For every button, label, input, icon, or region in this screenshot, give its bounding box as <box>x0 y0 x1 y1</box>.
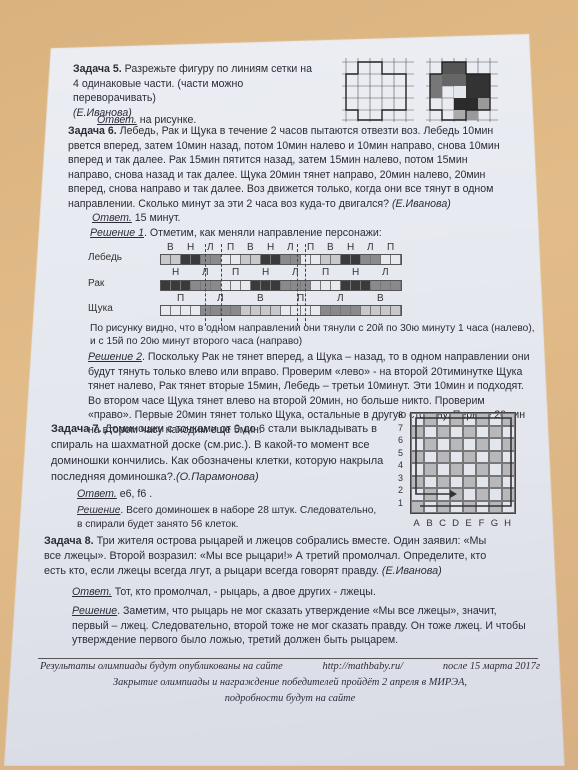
timeline-cell <box>231 281 241 290</box>
timeline-cell <box>241 306 251 315</box>
timeline-cell <box>271 255 281 264</box>
footer-line2: Закрытие олимпиады и награждение победит… <box>40 677 540 688</box>
timeline-cell <box>391 281 401 290</box>
task5-title: Задача 5. <box>73 63 122 75</box>
timeline-cell <box>211 281 221 290</box>
direction-letter: Л <box>207 242 214 253</box>
board-row-label: 6 <box>398 435 403 445</box>
timeline-cell <box>371 306 381 315</box>
timeline-row <box>160 305 402 316</box>
timeline-cell <box>191 306 201 315</box>
timeline-row <box>160 254 402 265</box>
timeline-cell <box>351 255 361 264</box>
task8-answer: Ответ. Тот, кто промолчал, - рыцарь, а д… <box>72 585 376 600</box>
task6-statement: Задача 6. Лебедь, Рак и Щука в течение 2… <box>68 124 542 212</box>
direction-letter: Л <box>337 293 344 304</box>
timeline-cell <box>291 306 301 315</box>
timeline-cell <box>331 306 341 315</box>
board-col-label: F <box>475 518 488 529</box>
timeline-cell <box>261 255 271 264</box>
task7-title: Задача 7. <box>51 423 102 435</box>
board-row-label: 4 <box>398 460 403 470</box>
timeline-cell <box>191 281 201 290</box>
board-col-label: D <box>449 518 462 529</box>
timeline-cell <box>201 255 211 264</box>
timeline-cell <box>221 255 231 264</box>
board-row-label: 3 <box>398 473 403 483</box>
timeline-cell <box>221 281 231 290</box>
timeline-cell <box>281 281 291 290</box>
task5-figures <box>338 52 548 124</box>
direction-letter: Н <box>187 242 194 253</box>
direction-timeline: Лебедь Рак Щука ВНЛПВНЛПВНЛПНЛПНЛПНЛПЛВП… <box>88 240 388 320</box>
direction-letter: Л <box>287 242 294 253</box>
task6-solution1-conclusion: По рисунку видно, что в одном направлени… <box>90 322 535 349</box>
timeline-row <box>160 280 402 291</box>
task6-title: Задача 6. <box>68 125 117 137</box>
timeline-cell <box>181 306 191 315</box>
timeline-cell <box>231 306 241 315</box>
timeline-cell <box>251 306 261 315</box>
timeline-cell <box>171 306 181 315</box>
task5-statement: Задача 5. Разрежьте фигуру по линиям сет… <box>73 62 328 120</box>
timeline-label-pike: Щука <box>88 303 113 314</box>
timeline-cell <box>311 281 321 290</box>
timeline-marker <box>305 244 306 326</box>
timeline-cell <box>381 255 391 264</box>
board-col-label: H <box>501 518 514 529</box>
timeline-cell <box>371 255 381 264</box>
direction-letter: Л <box>382 267 389 278</box>
timeline-cell <box>341 281 351 290</box>
task7-answer: Ответ. е6, f6 . <box>77 487 152 502</box>
direction-letter: П <box>307 242 314 253</box>
timeline-cell <box>361 281 371 290</box>
timeline-marker <box>205 244 206 326</box>
timeline-cell <box>381 281 391 290</box>
board-col-label: B <box>423 518 436 529</box>
timeline-cell <box>391 306 401 315</box>
direction-letter: Л <box>367 242 374 253</box>
timeline-cell <box>261 281 271 290</box>
direction-letter: П <box>387 242 394 253</box>
timeline-cell <box>161 255 171 264</box>
task6-solution1-intro: Решение 1. Отметим, как меняли направлен… <box>90 226 382 241</box>
direction-letter: В <box>247 242 254 253</box>
direction-letter: В <box>327 242 334 253</box>
timeline-cell <box>331 255 341 264</box>
direction-letter: Н <box>172 267 179 278</box>
timeline-cell <box>301 306 311 315</box>
timeline-cell <box>361 306 371 315</box>
task7-statement: Задача 7. Доминошки с точками от 0 до 6 … <box>51 421 391 485</box>
timeline-cell <box>291 255 301 264</box>
board-row-label: 7 <box>398 423 403 433</box>
direction-letter: П <box>232 267 239 278</box>
board-row-label: 8 <box>398 410 403 420</box>
timeline-cell <box>191 255 201 264</box>
timeline-cell <box>201 281 211 290</box>
footer-divider <box>38 658 538 659</box>
timeline-cell <box>371 281 381 290</box>
timeline-cell <box>381 306 391 315</box>
timeline-cell <box>171 281 181 290</box>
board-col-label: C <box>436 518 449 529</box>
task8-title: Задача 8. <box>44 535 94 547</box>
timeline-cell <box>301 281 311 290</box>
board-row-label: 5 <box>398 448 403 458</box>
timeline-cell <box>261 306 271 315</box>
direction-letter: В <box>167 242 174 253</box>
board-row-label: 2 <box>398 485 403 495</box>
timeline-cell <box>211 306 221 315</box>
board-col-label: E <box>462 518 475 529</box>
timeline-cell <box>391 255 401 264</box>
timeline-cell <box>321 306 331 315</box>
timeline-cell <box>251 255 261 264</box>
direction-letter: Н <box>352 267 359 278</box>
spiral-path <box>410 412 516 514</box>
direction-letter: П <box>227 242 234 253</box>
timeline-cell <box>341 306 351 315</box>
timeline-cell <box>321 255 331 264</box>
direction-letter: Н <box>347 242 354 253</box>
board-col-label: G <box>488 518 501 529</box>
timeline-cell <box>201 306 211 315</box>
timeline-label-swan: Лебедь <box>88 252 122 263</box>
timeline-cell <box>161 281 171 290</box>
timeline-cell <box>231 255 241 264</box>
timeline-cell <box>281 255 291 264</box>
timeline-cell <box>181 255 191 264</box>
timeline-cell <box>271 306 281 315</box>
timeline-cell <box>341 255 351 264</box>
board-col-labels: ABCDEFGH <box>410 518 514 529</box>
timeline-cell <box>291 281 301 290</box>
timeline-cell <box>241 281 251 290</box>
board-col-label: A <box>410 518 423 529</box>
direction-letter: В <box>257 293 264 304</box>
footer-line3: подробности будут на сайте <box>40 693 540 704</box>
timeline-cell <box>181 281 191 290</box>
timeline-cell <box>171 255 181 264</box>
footer-url: http://mathbaby.ru/ <box>323 661 404 672</box>
task6-answer: Ответ. 15 минут. <box>92 211 180 226</box>
timeline-cell <box>161 306 171 315</box>
timeline-cell <box>311 306 321 315</box>
timeline-cell <box>251 281 261 290</box>
task7-solution: Решение. Всего доминошек в наборе 28 шту… <box>77 504 376 531</box>
timeline-cell <box>331 281 341 290</box>
timeline-cell <box>221 306 231 315</box>
footer-line1: Результаты олимпиады будут опубликованы … <box>40 661 540 672</box>
timeline-cell <box>301 255 311 264</box>
task8-statement: Задача 8. Три жителя острова рыцарей и л… <box>44 534 544 579</box>
timeline-cell <box>351 306 361 315</box>
timeline-marker <box>297 244 298 326</box>
direction-letter: П <box>322 267 329 278</box>
direction-letter: П <box>297 293 304 304</box>
timeline-cell <box>321 281 331 290</box>
timeline-cell <box>311 255 321 264</box>
direction-letter: В <box>377 293 384 304</box>
direction-letter: Н <box>267 242 274 253</box>
timeline-label-crab: Рак <box>88 278 104 289</box>
direction-letter: П <box>177 293 184 304</box>
timeline-cell <box>361 255 371 264</box>
timeline-marker <box>221 244 222 326</box>
timeline-cell <box>351 281 361 290</box>
direction-letter: Н <box>262 267 269 278</box>
task8-solution: Решение. Заметим, что рыцарь не мог сказ… <box>72 604 538 648</box>
timeline-cell <box>211 255 221 264</box>
timeline-cell <box>241 255 251 264</box>
timeline-cell <box>271 281 281 290</box>
timeline-cell <box>281 306 291 315</box>
board-row-label: 1 <box>398 498 403 508</box>
